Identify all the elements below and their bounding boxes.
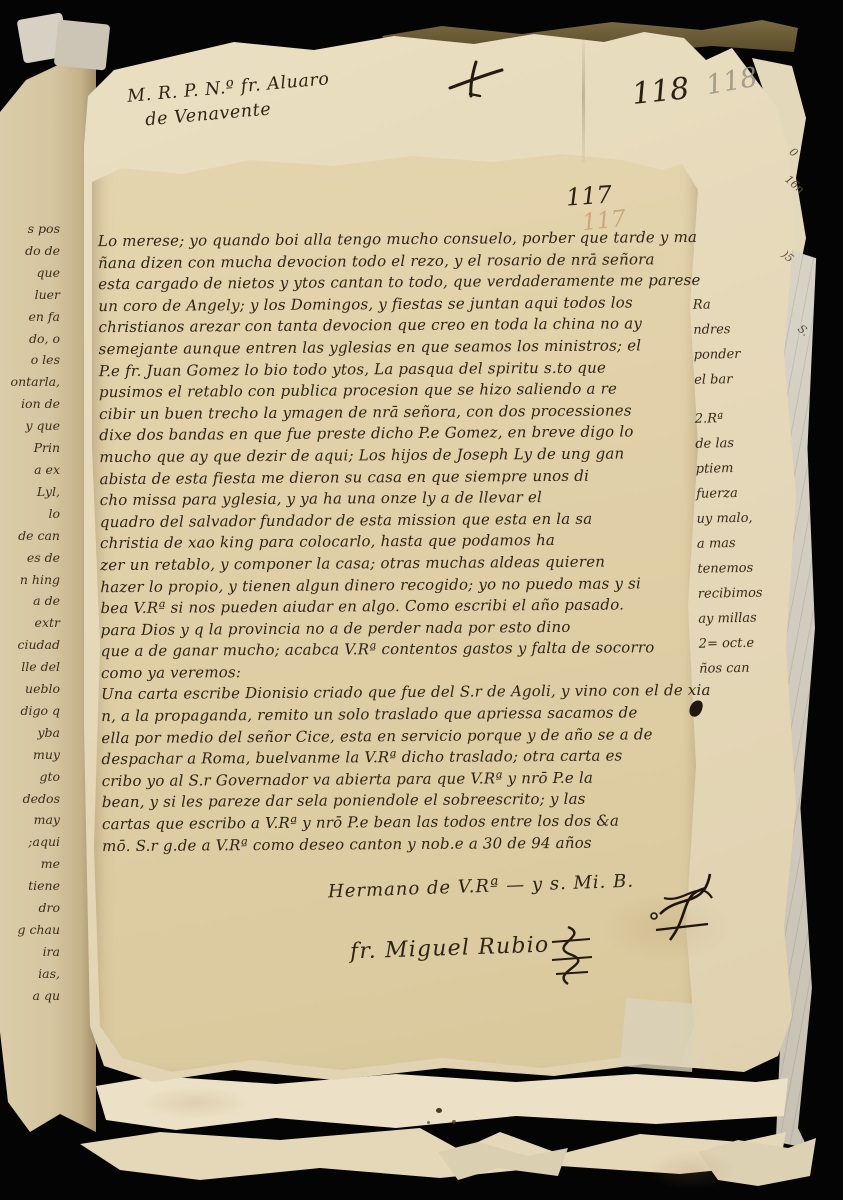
edge-flourish-icon	[648, 852, 722, 948]
archive-photo-scene: M. R. P. N.º fr. Aluaro de Venavente 118…	[0, 0, 843, 1200]
fragment-line: de can	[4, 525, 60, 547]
fragment-line: ptiem	[695, 455, 779, 481]
fragment-line: Ra	[693, 291, 777, 317]
right-page-fragments: Randresponderel bar2.Rªde lasptiemfuerza…	[693, 291, 784, 681]
letter-line: despachar a Roma, buelvanme la V.Rª dich…	[101, 745, 713, 771]
fragment-line: que	[4, 262, 60, 284]
letter-line: que a de ganar mucho; acabca V.Rª conten…	[101, 637, 713, 663]
fragment-line: extr	[4, 612, 60, 634]
fragment-line: digo q	[4, 700, 60, 722]
fragment-line: ciudad	[4, 634, 60, 656]
fragment-line: a qu	[4, 985, 60, 1007]
signature-rubric-icon	[538, 922, 600, 994]
paper-crease	[582, 30, 585, 162]
stain	[646, 1150, 736, 1190]
fragment-line: tenemos	[697, 555, 781, 581]
fragment-line: a de	[4, 590, 60, 612]
heading-cross-icon	[446, 56, 506, 102]
fragment-line: uy malo,	[696, 505, 780, 531]
paper-scrap-top-left-b	[54, 19, 111, 70]
fragment-line: tiene	[4, 875, 60, 897]
fragment-line: yba	[4, 722, 60, 744]
fragment-line: g chau	[4, 919, 60, 941]
ink-speck	[452, 1120, 456, 1124]
fragment-line: gto	[4, 766, 60, 788]
grey-patch-sheet	[620, 998, 698, 1078]
fragment-line: es de	[4, 547, 60, 569]
fragment-line: fuerza	[696, 480, 780, 506]
fragment-line: n hing	[4, 569, 60, 591]
fragment-line: ueblo	[4, 678, 60, 700]
fragment-line: do de	[4, 240, 60, 262]
fragment-line: muy	[4, 744, 60, 766]
ink-speck	[427, 1121, 430, 1124]
fragment-line: me	[4, 853, 60, 875]
fragment-line: dedos	[4, 788, 60, 810]
fragment-line: de las	[695, 430, 779, 456]
stain	[140, 1086, 250, 1120]
fragment-line: 2= oct.e	[699, 630, 783, 656]
fragment-line: lo	[4, 503, 60, 525]
letter-line: mucho que ay que dezir de aqui; Los hijo…	[99, 443, 711, 469]
fragment-line: ;aqui	[4, 831, 60, 853]
letter-line: bea V.Rª si nos pueden aiudar en algo. C…	[100, 594, 712, 620]
fragment-line: 2.Rª	[695, 405, 779, 431]
fragment-line: luer	[4, 284, 60, 306]
fragment-line: ion de	[4, 393, 60, 415]
fragment-line: Lyl,	[4, 481, 60, 503]
fragment-line: lle del	[4, 656, 60, 678]
fragment-line: do, o	[4, 328, 60, 350]
fragment-line: may	[4, 809, 60, 831]
left-page-fragments: s posdo dequelueren fado, oo lesontarla,…	[4, 218, 60, 1007]
fragment-line: s pos	[4, 218, 60, 240]
fragment-line: ponder	[693, 341, 777, 367]
ink-speck	[436, 1108, 442, 1113]
folio-number-ink-118: 118	[630, 71, 691, 112]
fragment-line: en fa	[4, 306, 60, 328]
fragment-line: recibimos	[698, 580, 782, 606]
fragment-line: Prin	[4, 437, 60, 459]
fragment-line: ias,	[4, 963, 60, 985]
fragment-line: a ex	[4, 459, 60, 481]
fragment-line: dro	[4, 897, 60, 919]
fragment-line: o les	[4, 349, 60, 371]
fragment-line: ira	[4, 941, 60, 963]
letter-line: semejante aunque entren las yglesias en …	[99, 335, 711, 361]
fragment-line: ontarla,	[4, 371, 60, 393]
fragment-line: ay millas	[698, 605, 782, 631]
letter-body: Lo merese; yo quando boi alla tengo much…	[98, 227, 714, 857]
fragment-line: a mas	[697, 530, 781, 556]
fragment-line: el bar	[694, 366, 778, 392]
letter-line: mō. S.r g.de a V.Rª como deseo canton y …	[102, 831, 714, 857]
fragment-line: ndres	[693, 316, 777, 342]
fragment-line: ños can	[699, 655, 783, 681]
fragment-line: y que	[4, 415, 60, 437]
